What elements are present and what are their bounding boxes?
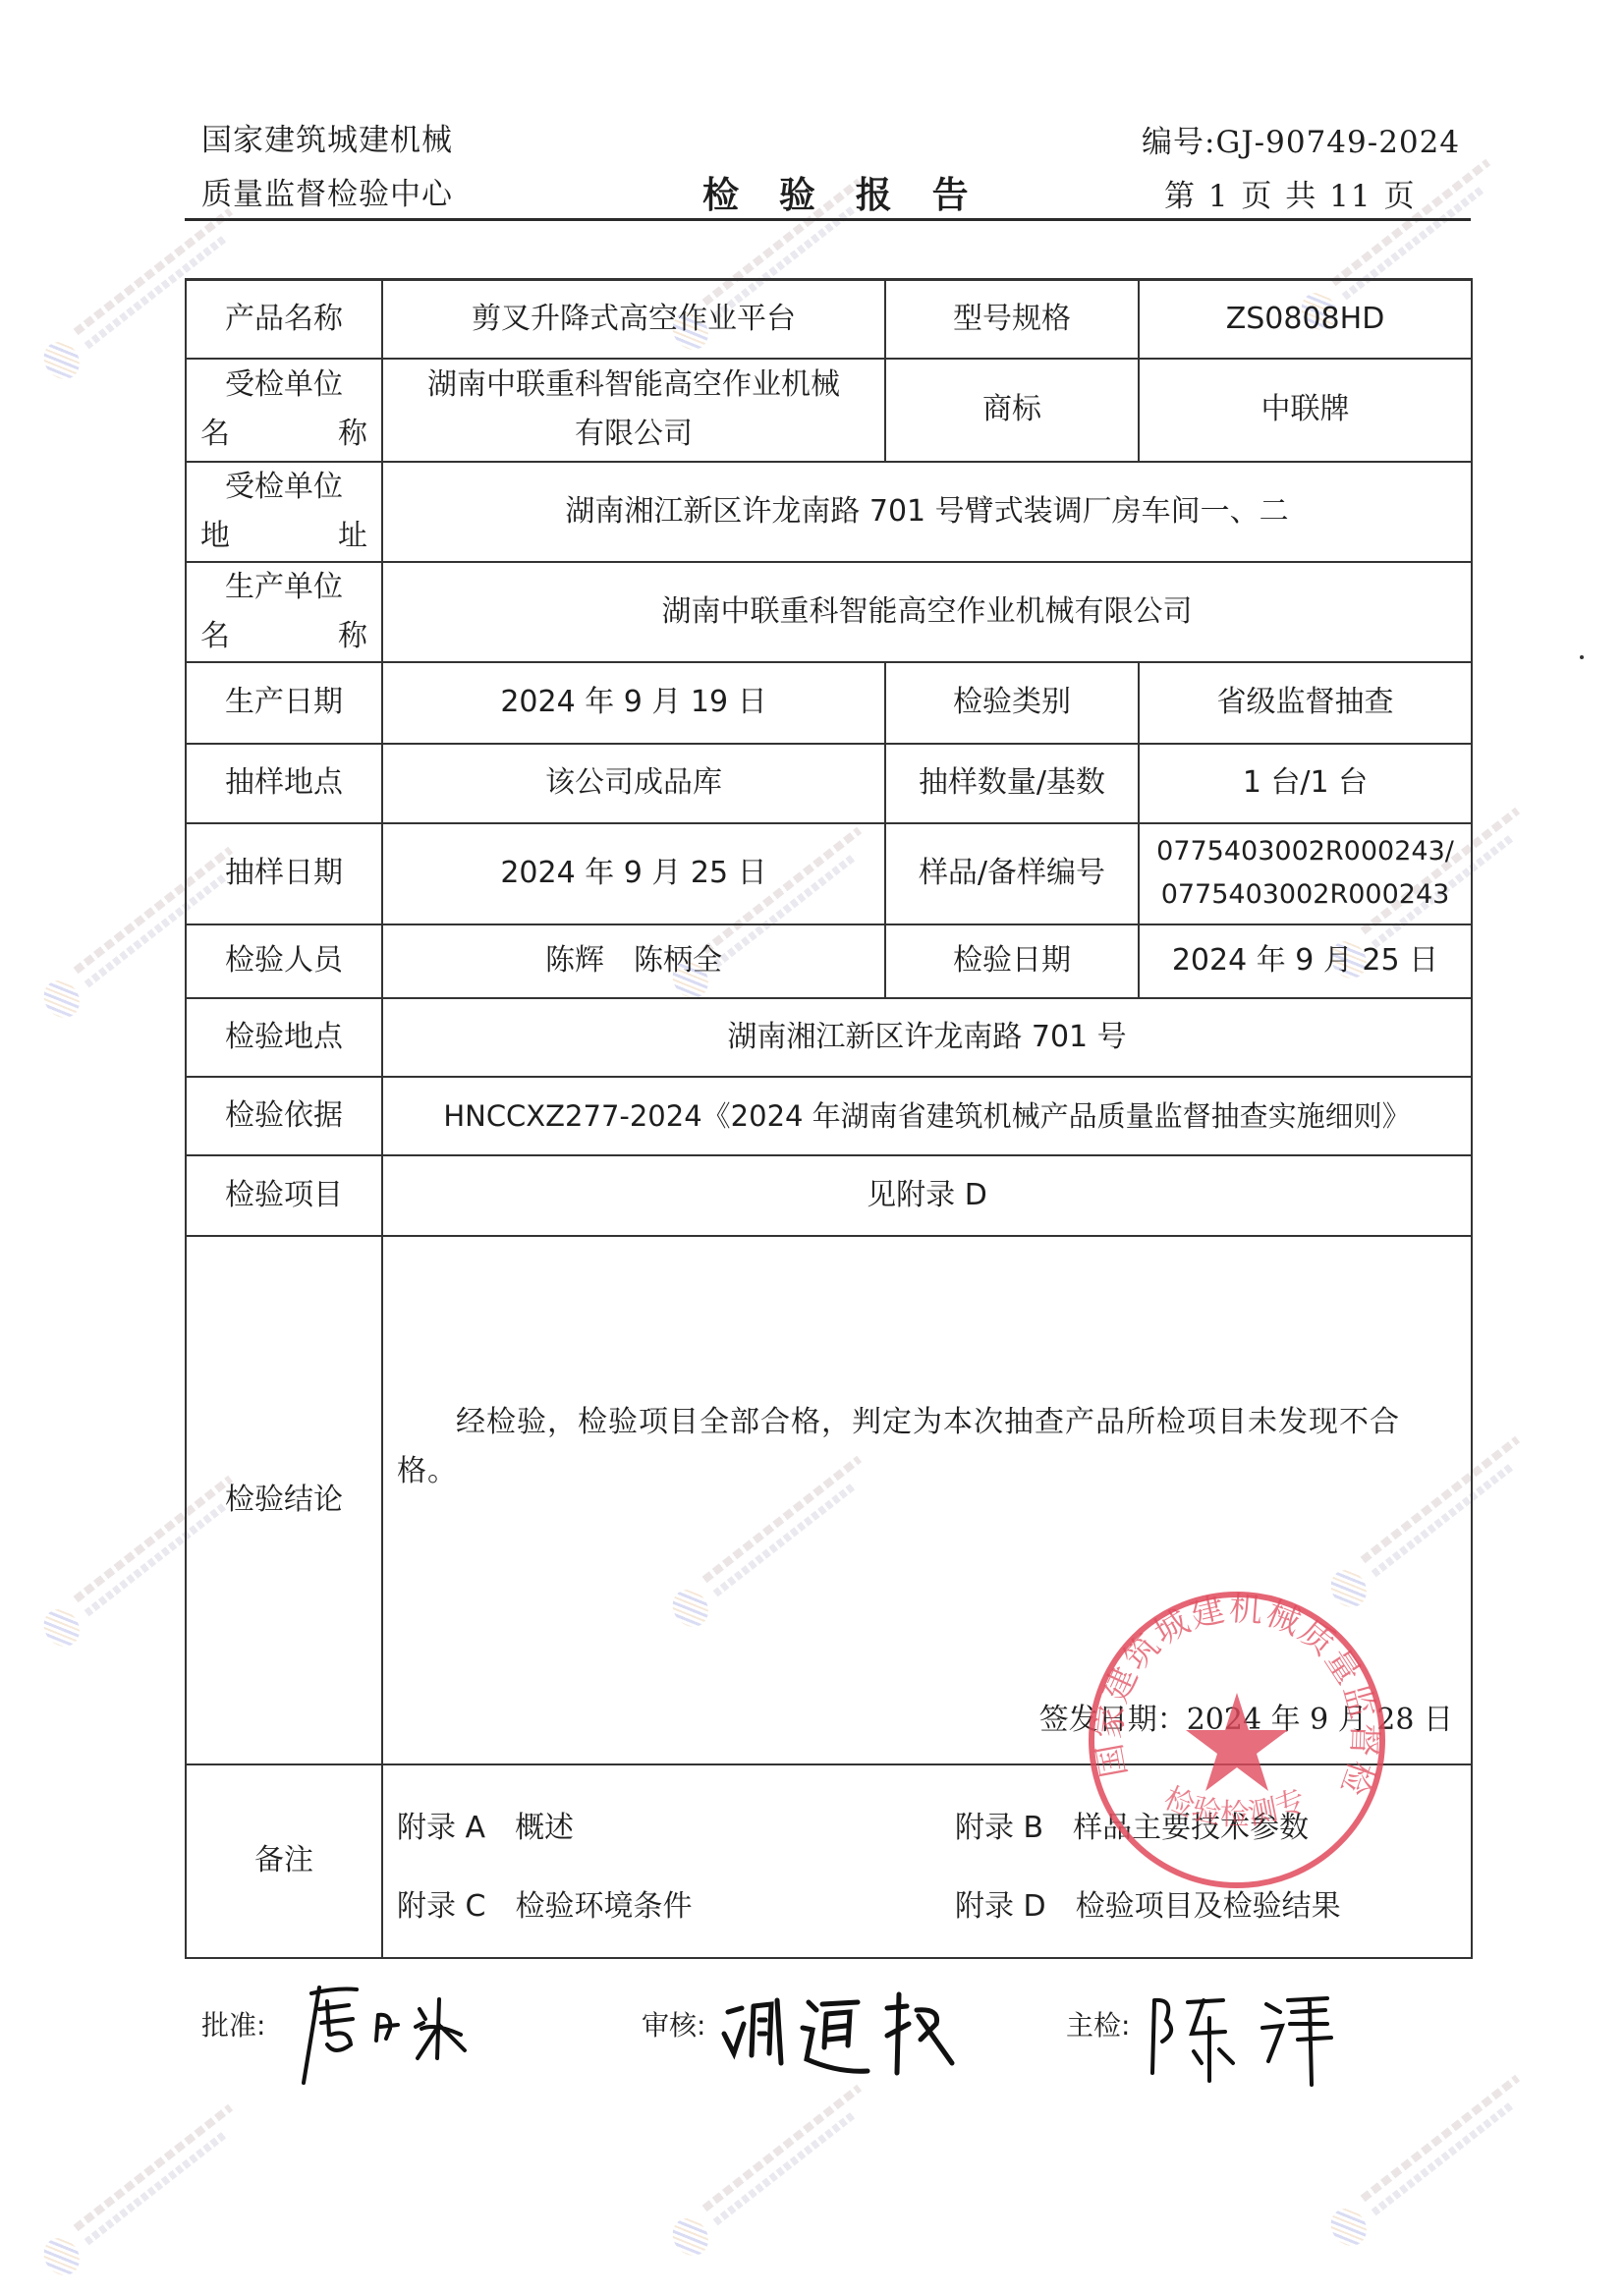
manufacturer: 湖南中联重科智能高空作业机械有限公司 <box>382 562 1472 662</box>
appendix-b: 附录 B 样品主要技术参数 <box>955 1807 1309 1850</box>
inspection-report-table: 产品名称 剪叉升降式高空作业平台 型号规格 ZS0808HD 受检单位 名称 湖… <box>185 278 1473 1959</box>
appendix-d: 附录 D 检验项目及检验结果 <box>955 1885 1341 1929</box>
approve-label: 批准: <box>201 2004 265 2043</box>
report-number-label: 编号: <box>1142 125 1215 160</box>
table-row: 产品名称 剪叉升降式高空作业平台 型号规格 ZS0808HD <box>186 280 1472 359</box>
appendix-code: 附录 D <box>955 1889 1046 1924</box>
sample-quantity: 1 台/1 台 <box>1139 744 1472 823</box>
org-name-line1: 国家建筑城建机械 <box>201 115 453 159</box>
label-char: 地 <box>200 512 230 561</box>
product-name: 剪叉升降式高空作业平台 <box>382 280 885 359</box>
production-date: 2024 年 9 月 19 日 <box>382 662 885 744</box>
value-line1: 湖南中联重科智能高空作业机械 <box>383 361 884 410</box>
inspection-type: 省级监督抽查 <box>1139 662 1472 744</box>
label-char: 名 <box>200 410 230 459</box>
remarks-cell: 附录 A 概述 附录 B 样品主要技术参数 附录 C 检验环境条件 附录 D 检… <box>382 1764 1472 1958</box>
table-row: 检验结论 经检验，检验项目全部合格，判定为本次抽查产品所检项目未发现不合格。 签… <box>186 1236 1472 1764</box>
sample-number-line1: 0775403002R000243/ <box>1140 830 1471 873</box>
signature-row: 批准: 唐旺林 审核: 胡道权 主检: 陈辉 <box>201 1985 1479 2093</box>
label-sampling-location: 抽样地点 <box>186 744 382 823</box>
label-manufacturer: 生产单位 名称 <box>186 562 382 662</box>
label-trademark: 商标 <box>885 359 1139 462</box>
table-row: 生产单位 名称 湖南中联重科智能高空作业机械有限公司 <box>186 562 1472 662</box>
inspection-items: 见附录 D <box>382 1155 1472 1236</box>
label-sample-number: 样品/备样编号 <box>885 823 1139 924</box>
label-production-date: 生产日期 <box>186 662 382 744</box>
table-row: 检验人员 陈辉 陈柄全 检验日期 2024 年 9 月 25 日 <box>186 924 1472 998</box>
table-row: 生产日期 2024 年 9 月 19 日 检验类别 省级监督抽查 <box>186 662 1472 744</box>
label-char: 名 <box>200 612 230 661</box>
appendix-code: 附录 C <box>397 1889 485 1924</box>
table-row: 受检单位 地址 湖南湘江新区许龙南路 701 号臂式装调厂房车间一、二 <box>186 462 1472 562</box>
document-title: 检 验 报 告 <box>702 165 982 218</box>
label-line1: 受检单位 <box>200 463 367 512</box>
table-row: 备注 附录 A 概述 附录 B 样品主要技术参数 附录 C 检验环境条件 附录 … <box>186 1764 1472 1958</box>
trademark: 中联牌 <box>1139 359 1472 462</box>
inspected-unit-address: 湖南湘江新区许龙南路 701 号臂式装调厂房车间一、二 <box>382 462 1472 562</box>
appendix-c: 附录 C 检验环境条件 <box>397 1885 692 1929</box>
label-inspection-type: 检验类别 <box>885 662 1139 744</box>
appendix-title: 检验项目及检验结果 <box>1076 1889 1341 1924</box>
inspection-location: 湖南湘江新区许龙南路 701 号 <box>382 998 1472 1077</box>
label-line1: 生产单位 <box>200 563 367 612</box>
model-number: ZS0808HD <box>1139 280 1472 359</box>
label-sampling-date: 抽样日期 <box>186 823 382 924</box>
inspector-signature-icon: 陈辉 <box>1145 1983 1380 2091</box>
inspection-date: 2024 年 9 月 25 日 <box>1139 924 1472 998</box>
sample-number-line2: 0775403002R000243 <box>1140 873 1471 917</box>
approver-signature-icon: 唐旺林 <box>292 1980 488 2088</box>
watermark <box>20 2073 275 2295</box>
label-char: 称 <box>338 410 367 459</box>
inspector-label: 主检: <box>1066 2004 1130 2043</box>
label-inspection-items: 检验项目 <box>186 1155 382 1236</box>
sampling-date: 2024 年 9 月 25 日 <box>382 823 885 924</box>
issue-date: 签发日期：2024 年 9 月 28 日 <box>1039 1699 1453 1742</box>
label-inspected-unit-name: 受检单位 名称 <box>186 359 382 462</box>
table-row: 受检单位 名称 湖南中联重科智能高空作业机械有限公司 商标 中联牌 <box>186 359 1472 462</box>
label-inspectors: 检验人员 <box>186 924 382 998</box>
header-divider <box>185 218 1471 221</box>
table-row: 抽样日期 2024 年 9 月 25 日 样品/备样编号 0775403002R… <box>186 823 1472 924</box>
report-number-value: GJ-90749-2024 <box>1215 125 1460 160</box>
label-model: 型号规格 <box>885 280 1139 359</box>
appendix-title: 概述 <box>515 1811 574 1845</box>
label-inspection-location: 检验地点 <box>186 998 382 1077</box>
table-row: 检验地点 湖南湘江新区许龙南路 701 号 <box>186 998 1472 1077</box>
appendix-a: 附录 A 概述 <box>397 1807 574 1850</box>
table-row: 抽样地点 该公司成品库 抽样数量/基数 1 台/1 台 <box>186 744 1472 823</box>
label-conclusion: 检验结论 <box>186 1236 382 1764</box>
label-inspection-date: 检验日期 <box>885 924 1139 998</box>
label-char: 址 <box>338 512 367 561</box>
label-line2: 名称 <box>200 410 367 459</box>
label-remarks: 备注 <box>186 1764 382 1958</box>
page-info: 第 1 页 共 11 页 <box>1164 171 1416 215</box>
label-sample-quantity: 抽样数量/基数 <box>885 744 1139 823</box>
label-line2: 名称 <box>200 612 367 661</box>
conclusion-cell: 经检验，检验项目全部合格，判定为本次抽查产品所检项目未发现不合格。 签发日期：2… <box>382 1236 1472 1764</box>
org-name-line2: 质量监督检验中心 <box>201 169 453 213</box>
inspectors: 陈辉 陈柄全 <box>382 924 885 998</box>
reviewer-signature-icon: 胡道权 <box>720 1985 976 2093</box>
inspection-basis: HNCCXZ277-2024《2024 年湖南省建筑机械产品质量监督抽查实施细则… <box>382 1077 1472 1155</box>
conclusion-text: 经检验，检验项目全部合格，判定为本次抽查产品所检项目未发现不合格。 <box>397 1398 1453 1496</box>
appendix-title: 检验环境条件 <box>515 1889 692 1924</box>
table-row: 检验依据 HNCCXZ277-2024《2024 年湖南省建筑机械产品质量监督抽… <box>186 1077 1472 1155</box>
review-label: 审核: <box>642 2004 705 2043</box>
label-product-name: 产品名称 <box>186 280 382 359</box>
sample-number: 0775403002R000243/ 0775403002R000243 <box>1139 823 1472 924</box>
label-char: 称 <box>338 612 367 661</box>
table-row: 检验项目 见附录 D <box>186 1155 1472 1236</box>
value-line2: 有限公司 <box>383 410 884 459</box>
label-inspected-unit-address: 受检单位 地址 <box>186 462 382 562</box>
inspected-unit-name: 湖南中联重科智能高空作业机械有限公司 <box>382 359 885 462</box>
appendix-title: 样品主要技术参数 <box>1073 1811 1309 1845</box>
sampling-location: 该公司成品库 <box>382 744 885 823</box>
appendix-code: 附录 B <box>955 1811 1043 1845</box>
label-inspection-basis: 检验依据 <box>186 1077 382 1155</box>
appendix-code: 附录 A <box>397 1811 485 1845</box>
label-line1: 受检单位 <box>200 361 367 410</box>
label-line2: 地址 <box>200 512 367 561</box>
report-number: 编号:GJ-90749-2024 <box>1142 117 1460 161</box>
scan-speck <box>1580 655 1584 659</box>
